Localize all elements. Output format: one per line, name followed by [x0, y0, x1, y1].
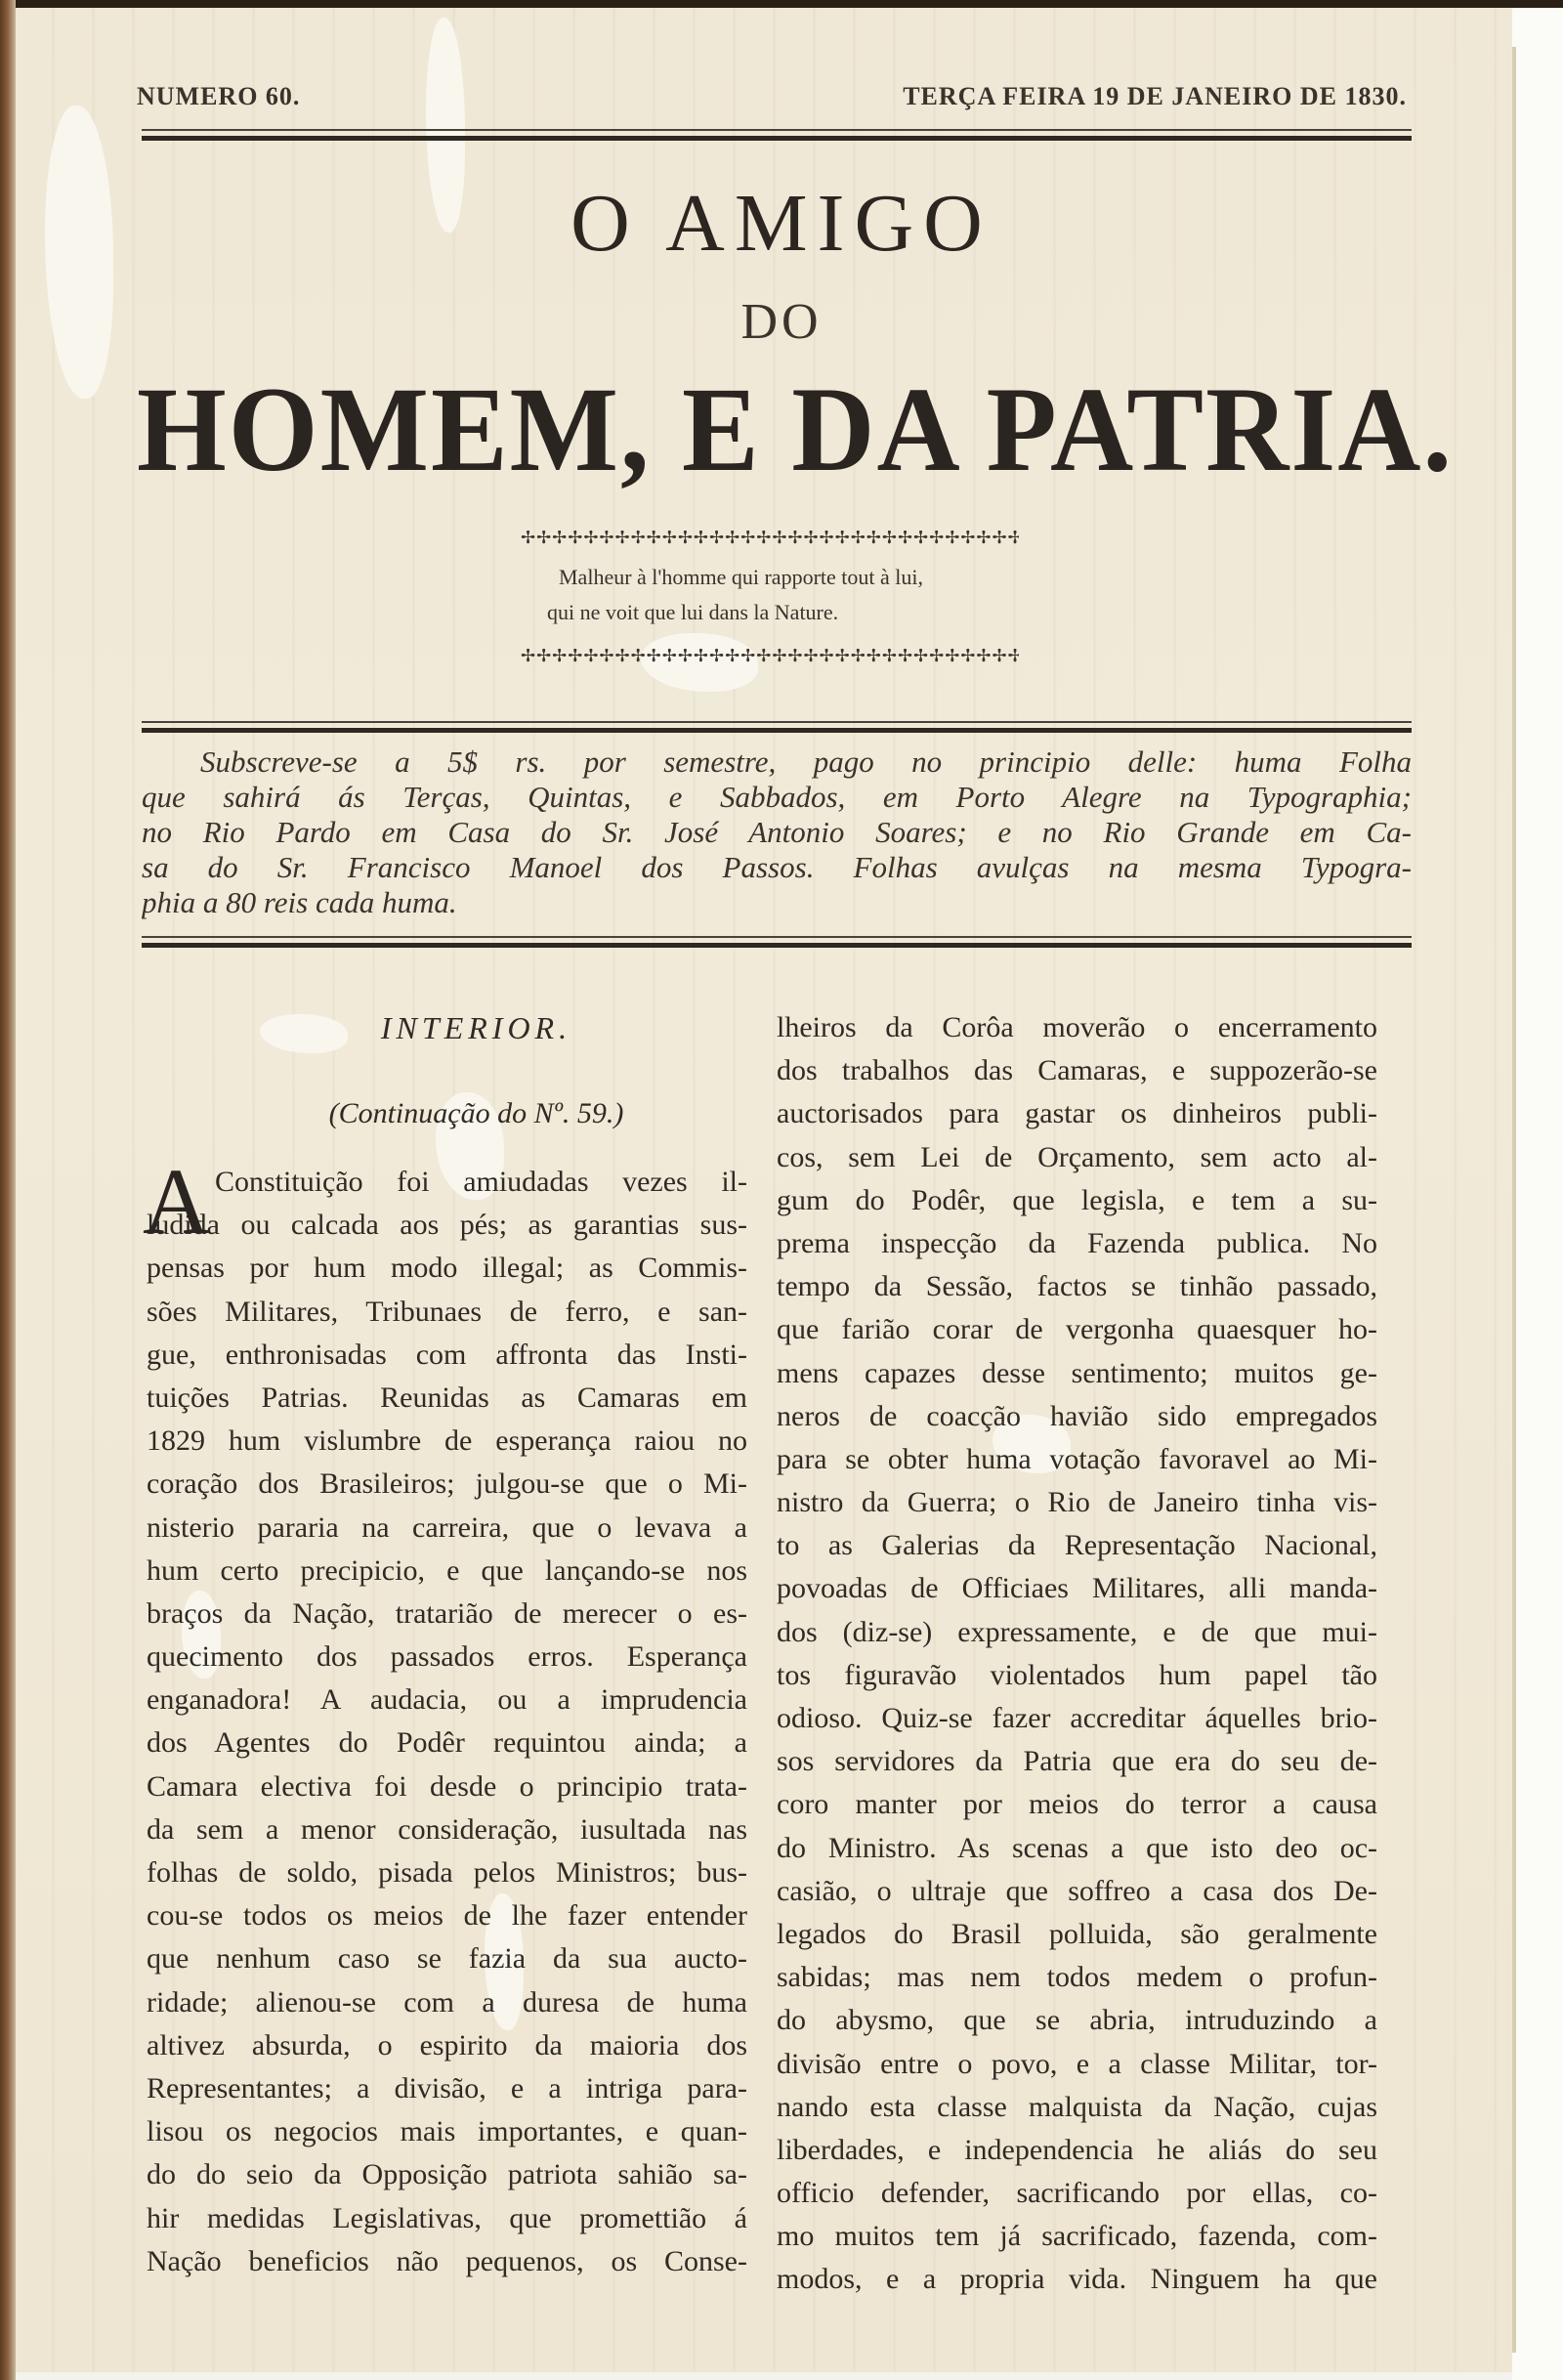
ornament-rule-bottom: ✢✢✢✢✢✢✢✢✢✢✢✢✢✢✢✢✢✢✢✢✢✢✢✢✢✢✢✢✢✢✢✢✢✢✢ — [521, 649, 1019, 664]
article-line: do do seio da Opposição patriota sahião … — [147, 2153, 747, 2196]
epigraph: Malheur à l'homme qui rapporte tout à lu… — [547, 560, 1016, 630]
section-heading: INTERIOR. — [147, 1006, 747, 1092]
article-line: tos figuravão violentados hum papel tão — [777, 1654, 1377, 1697]
article-line: enganadora! A audacia, ou a imprudencia — [147, 1679, 747, 1721]
title-line-3: HOMEM, E DA PATRIA. — [137, 361, 1416, 500]
article-line: ridade; alienou-se com a duresa de huma — [147, 1981, 747, 2024]
scan-left-edge — [0, 0, 16, 2380]
article-line: divisão entre o povo, e a classe Militar… — [777, 2043, 1377, 2086]
article-line: legados do Brasil polluida, são geralmen… — [777, 1913, 1377, 1956]
epigraph-line-1: Malheur à l'homme qui rapporte tout à lu… — [547, 560, 1016, 595]
article-line: auctorisados para gastar os dinheiros pu… — [777, 1092, 1377, 1135]
article-line: tuições Patrias. Reunidas as Camaras em — [147, 1377, 747, 1420]
article-line: to as Galerias da Representação Nacional… — [777, 1524, 1377, 1567]
article-line: coração dos Brasileiros; julgou-se que o… — [147, 1463, 747, 1506]
article-line: odioso. Quiz-se fazer accreditar áquelle… — [777, 1697, 1377, 1740]
article-line: Camara electiva foi desde o principio tr… — [147, 1765, 747, 1808]
article-line: casião, o ultraje que soffreo a casa dos… — [777, 1870, 1377, 1913]
article-line: povoadas de Officiaes Militares, alli ma… — [777, 1567, 1377, 1610]
article-line: para se obter huma votação favoravel ao … — [777, 1438, 1377, 1481]
article-line: Nação beneficios não pequenos, os Conse- — [147, 2240, 747, 2283]
article-line: pensas por hum modo illegal; as Commis- — [147, 1247, 747, 1290]
article-opening: A Constituição foi amiudadas vezes il- — [147, 1161, 747, 1204]
article-line: quecimento dos passados erros. Esperança — [147, 1636, 747, 1679]
subscription-line: Subscreve-se a 5$ rs. por semestre, pago… — [142, 744, 1412, 780]
title-line-1: O AMIGO — [0, 176, 1563, 271]
article-line: modos, e a propria vida. Ninguem ha que — [777, 2258, 1377, 2301]
subscription-rule-bottom — [142, 936, 1412, 950]
article-line: 1829 hum vislumbre de esperança raiou no — [147, 1420, 747, 1463]
article-line: cos, sem Lei de Orçamento, sem acto al- — [777, 1136, 1377, 1179]
subscription-line: sa do Sr. Francisco Manoel dos Passos. F… — [142, 850, 1412, 885]
subscription-line: phia a 80 reis cada huma. — [142, 885, 1412, 920]
article-line: neros de coacção havião sido empregados — [777, 1395, 1377, 1438]
article-line: dos (diz-se) expressamente, e de que mui… — [777, 1611, 1377, 1654]
continuation-note: (Continuação do Nº. 59.) — [147, 1092, 747, 1161]
article-line: nando esta classe malquista da Nação, cu… — [777, 2086, 1377, 2129]
masthead-meta: NUMERO 60. TERÇA FEIRA 19 DE JANEIRO DE … — [137, 82, 1407, 117]
article-line: do abysmo, que se abria, intruduzindo a — [777, 1999, 1377, 2042]
scan-right-margin — [1512, 8, 1563, 2380]
article-line: mens capazes desse sentimento; muitos ge… — [777, 1352, 1377, 1395]
article-line: Constituição foi amiudadas vezes il- — [147, 1161, 747, 1204]
issue-number: NUMERO 60. — [137, 82, 300, 111]
article-line: coro manter por meios do terror a causa — [777, 1783, 1377, 1826]
article-line: lisou os negocios mais importantes, e qu… — [147, 2110, 747, 2153]
ornament-rule-top: ✢✢✢✢✢✢✢✢✢✢✢✢✢✢✢✢✢✢✢✢✢✢✢✢✢✢✢✢✢✢✢✢✢✢✢ — [521, 531, 1019, 546]
epigraph-line-2: qui ne voit que lui dans la Nature. — [547, 595, 1016, 630]
article-line: da sem a menor consideração, iusultada n… — [147, 1808, 747, 1851]
article-line: braços da Nação, tratarião de merecer o … — [147, 1593, 747, 1636]
article-line: sabidas; mas nem todos medem o profun- — [777, 1956, 1377, 1999]
article-line: hum certo precipicio, e que lançando-se … — [147, 1550, 747, 1593]
article-line: dos trabalhos das Camaras, e suppozerão-… — [777, 1049, 1377, 1092]
article-line: que farião corar de vergonha quaesquer h… — [777, 1308, 1377, 1351]
title-line-2: DO — [0, 293, 1563, 351]
article-line: officio defender, sacrificando por ellas… — [777, 2172, 1377, 2215]
article-line: mo muitos tem já sacrificado, fazenda, c… — [777, 2215, 1377, 2258]
article-line: dos Agentes do Podêr requintou ainda; a — [147, 1721, 747, 1764]
article-line: Representantes; a divisão, e a intriga p… — [147, 2067, 747, 2110]
article-column-right: lheiros da Corôa moverão o encerramento … — [777, 1006, 1377, 2302]
issue-date: TERÇA FEIRA 19 DE JANEIRO DE 1830. — [903, 82, 1407, 111]
subscription-rule-top — [142, 721, 1412, 735]
article-line: liberdades, e independencia he aliás do … — [777, 2129, 1377, 2172]
subscription-line: que sahirá ás Terças, Quintas, e Sabbado… — [142, 780, 1412, 815]
article-line: nisterio pararia na carreira, que o leva… — [147, 1507, 747, 1550]
article-line: cou-se todos os meios de lhe fazer enten… — [147, 1894, 747, 1937]
article-line: folhas de soldo, pisada pelos Ministros;… — [147, 1851, 747, 1894]
article-line: nistro da Guerra; o Rio de Janeiro tinha… — [777, 1481, 1377, 1524]
article-line: altivez absurda, o espirito da maioria d… — [147, 2024, 747, 2067]
article-line: lheiros da Corôa moverão o encerramento — [777, 1006, 1377, 1049]
article-line: do Ministro. As scenas a que isto deo oc… — [777, 1827, 1377, 1870]
article-column-left: INTERIOR. (Continuação do Nº. 59.) A Con… — [147, 1006, 747, 2283]
article-line: gum do Podêr, que legisla, e tem a su- — [777, 1179, 1377, 1222]
article-line: tempo da Sessão, factos se tinhão passad… — [777, 1265, 1377, 1308]
article-line: sões Militares, Tribunaes de ferro, e sa… — [147, 1291, 747, 1334]
article-line: ludida ou calcada aos pés; as garantias … — [147, 1204, 747, 1247]
masthead-rule — [142, 129, 1412, 143]
subscription-notice: Subscreve-se a 5$ rs. por semestre, pago… — [142, 744, 1412, 920]
drop-cap: A — [143, 1155, 210, 1249]
article-line: prema inspecção da Fazenda publica. No — [777, 1222, 1377, 1265]
article-line: hir medidas Legislativas, que promettião… — [147, 2197, 747, 2240]
article-line: que nenhum caso se fazia da sua aucto- — [147, 1937, 747, 1980]
scan-top-edge — [0, 0, 1563, 8]
article-line: sos servidores da Patria que era do seu … — [777, 1740, 1377, 1783]
article-line: gue, enthronisadas com affronta das Inst… — [147, 1334, 747, 1377]
subscription-line: no Rio Pardo em Casa do Sr. José Antonio… — [142, 815, 1412, 850]
